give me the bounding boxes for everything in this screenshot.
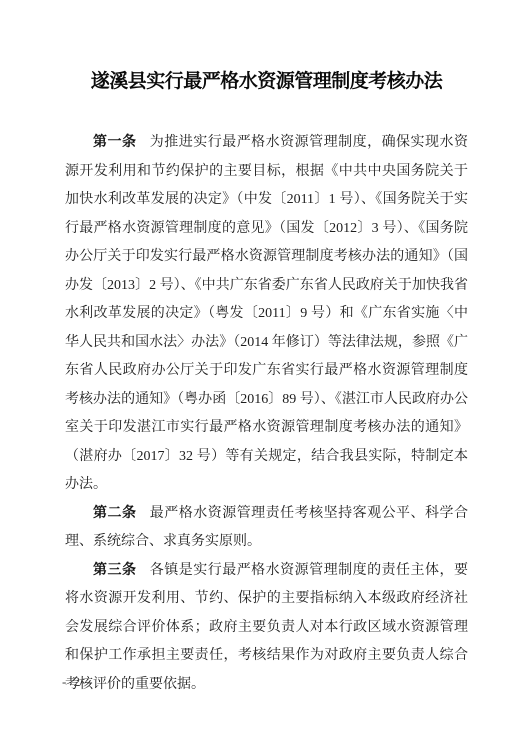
document-title: 遂溪县实行最严格水资源管理制度考核办法 xyxy=(65,68,468,95)
document-page: 遂溪县实行最严格水资源管理制度考核办法 第一条为推进实行最严格水资源管理制度，确… xyxy=(0,0,520,744)
article-1-label: 第一条 xyxy=(93,135,136,150)
article-2: 第二条最严格水资源管理责任考核坚持客观公平、科学合理、系统综合、求真务实原则。 xyxy=(65,500,468,557)
article-3: 第三条各镇是实行最严格水资源管理制度的责任主体，要将水资源开发利用、节约、保护的… xyxy=(65,557,468,700)
article-1-text: 为推进实行最严格水资源管理制度，确保实现水资源开发利用和节约保护的主要目标，根据… xyxy=(65,135,468,492)
article-1: 第一条为推进实行最严格水资源管理制度，确保实现水资源开发利用和节约保护的主要目标… xyxy=(65,129,468,500)
article-2-label: 第二条 xyxy=(93,506,136,521)
page-number: - 2 - xyxy=(62,674,94,690)
article-3-label: 第三条 xyxy=(93,563,136,578)
article-3-text: 各镇是实行最严格水资源管理制度的责任主体，要将水资源开发利用、节约、保护的主要指… xyxy=(65,563,468,692)
